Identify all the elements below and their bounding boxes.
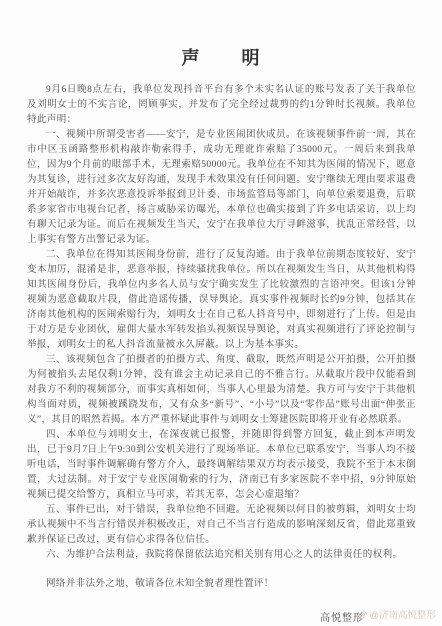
watermark: @济南高悦整形	[356, 607, 436, 621]
intro-paragraph: 9月6日晚8点左右，我单位发现抖音平台有多个未实名认证的账号发表了关于我单位及刘…	[27, 83, 416, 128]
statement-point-1: 一、视频中所谓受害者——安宁，是专业医闹团伙成员。在该视频事件前一周，其在市中区…	[27, 128, 416, 248]
closing-note: 网络并非法外之地，敬请各位未知全貌者理性置评！	[27, 577, 416, 592]
weibo-icon	[356, 609, 367, 620]
statement-body: 9月6日晚8点左右，我单位发现抖音平台有多个未实名认证的账号发表了关于我单位及刘…	[27, 83, 416, 592]
statement-point-2: 二、我单位在得知其医闹身份前，进行了反复沟通。由于我单位前期态度较好，安宁变本加…	[27, 248, 416, 353]
statement-point-4: 四、本单位与刘明女士，在深夜就已报警，并随即得到警方回复，截止到本声明发出，已于…	[27, 428, 416, 503]
document-title: 声 明	[27, 44, 416, 70]
statement-document-page: 声 明 9月6日晚8点左右，我单位发现抖音平台有多个未实名认证的账号发表了关于我…	[0, 0, 442, 626]
statement-point-6: 六、为维护合法利益，我院将保留依法追究相关别有用心之人的法律责任的权利。	[27, 548, 416, 563]
statement-point-5: 五、事件已出，对于错误，我单位绝不回避。无论视频以何目的被剪辑，刘明女士均承认视…	[27, 503, 416, 548]
statement-point-3: 三、该视频包含了拍摄者的拍摄方式、角度、截取，既然声明是公开拍摄，公开拍摄为何被…	[27, 353, 416, 428]
watermark-text: @济南高悦整形	[369, 607, 436, 621]
